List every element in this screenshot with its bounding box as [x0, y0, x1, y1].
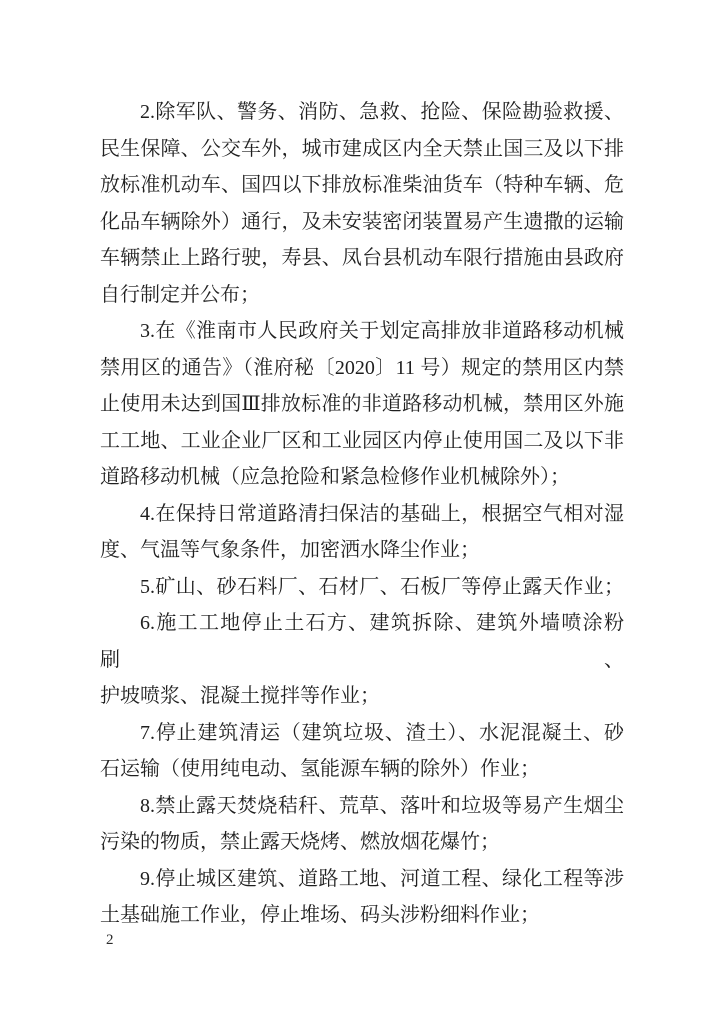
document-line: 自行制定并公布； [100, 277, 624, 314]
paragraph: 3.在《淮南市人民政府关于划定高排放非道路移动机械禁用区的通告》（淮府秘〔202… [100, 313, 624, 496]
document-line: 污染的物质，禁止露天烧烤、燃放烟花爆竹； [100, 824, 624, 861]
document-line: 度、气温等气象条件，加密洒水降尘作业； [100, 532, 624, 569]
paragraph: 9.停止城区建筑、道路工地、河道工程、绿化工程等涉土基础施工作业，停止堆场、码头… [100, 861, 624, 934]
document-line: 车辆禁止上路行驶，寿县、凤台县机动车限行措施由县政府 [100, 240, 624, 277]
paragraph: 7.停止建筑清运（建筑垃圾、渣土）、水泥混凝土、砂石运输（使用纯电动、氢能源车辆… [100, 715, 624, 788]
document-line: 7.停止建筑清运（建筑垃圾、渣土）、水泥混凝土、砂 [100, 715, 624, 752]
paragraph: 4.在保持日常道路清扫保洁的基础上，根据空气相对湿度、气温等气象条件，加密洒水降… [100, 496, 624, 569]
document-line: 9.停止城区建筑、道路工地、河道工程、绿化工程等涉 [100, 861, 624, 898]
document-line: 化品车辆除外）通行，及未安装密闭装置易产生遗撒的运输 [100, 204, 624, 241]
document-line: 3.在《淮南市人民政府关于划定高排放非道路移动机械 [100, 313, 624, 350]
page-number: 2 [106, 930, 114, 950]
document-line: 止使用未达到国Ⅲ排放标准的非道路移动机械，禁用区外施 [100, 386, 624, 423]
document-line: 8.禁止露天焚烧秸秆、荒草、落叶和垃圾等易产生烟尘 [100, 788, 624, 825]
document-line: 6.施工工地停止土石方、建筑拆除、建筑外墙喷涂粉刷、 [100, 605, 624, 678]
paragraph: 2.除军队、警务、消防、急救、抢险、保险勘验救援、民生保障、公交车外，城市建成区… [100, 94, 624, 313]
document-body: 2.除军队、警务、消防、急救、抢险、保险勘验救援、民生保障、公交车外，城市建成区… [100, 94, 624, 934]
document-line: 护坡喷浆、混凝土搅拌等作业； [100, 678, 624, 715]
document-page: 2.除军队、警务、消防、急救、抢险、保险勘验救援、民生保障、公交车外，城市建成区… [0, 0, 724, 1024]
document-line: 土基础施工作业，停止堆场、码头涉粉细料作业； [100, 897, 624, 934]
document-line: 工工地、工业企业厂区和工业园区内停止使用国二及以下非 [100, 423, 624, 460]
document-line: 2.除军队、警务、消防、急救、抢险、保险勘验救援、 [100, 94, 624, 131]
document-line: 道路移动机械（应急抢险和紧急检修作业机械除外）； [100, 459, 624, 496]
document-line: 民生保障、公交车外，城市建成区内全天禁止国三及以下排 [100, 131, 624, 168]
document-line: 禁用区的通告》（淮府秘〔2020〕11 号）规定的禁用区内禁 [100, 350, 624, 387]
paragraph: 5.矿山、砂石料厂、石材厂、石板厂等停止露天作业； [100, 569, 624, 606]
paragraph: 6.施工工地停止土石方、建筑拆除、建筑外墙喷涂粉刷、护坡喷浆、混凝土搅拌等作业； [100, 605, 624, 715]
document-line: 4.在保持日常道路清扫保洁的基础上，根据空气相对湿 [100, 496, 624, 533]
paragraph: 8.禁止露天焚烧秸秆、荒草、落叶和垃圾等易产生烟尘污染的物质，禁止露天烧烤、燃放… [100, 788, 624, 861]
document-line: 放标准机动车、国四以下排放标准柴油货车（特种车辆、危 [100, 167, 624, 204]
document-line: 石运输（使用纯电动、氢能源车辆的除外）作业； [100, 751, 624, 788]
document-line: 5.矿山、砂石料厂、石材厂、石板厂等停止露天作业； [100, 569, 624, 606]
